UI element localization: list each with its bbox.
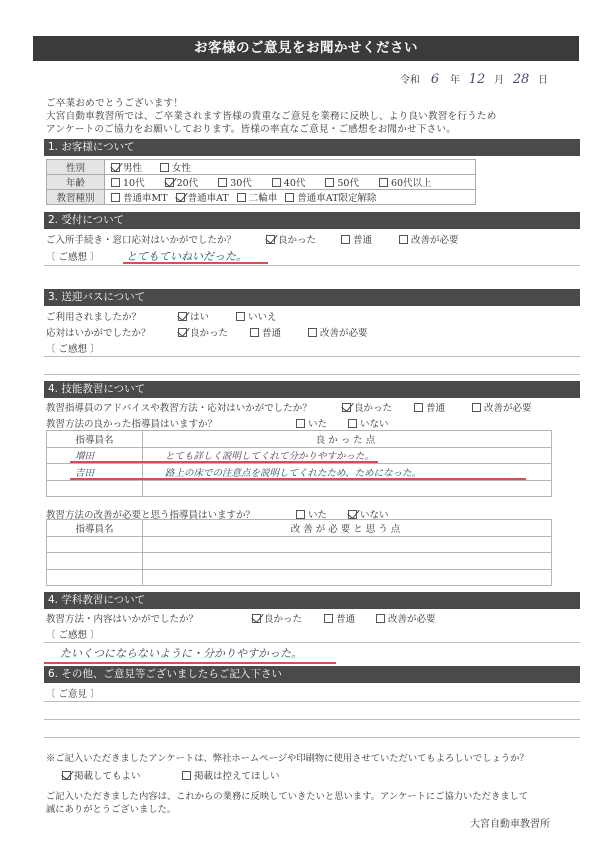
good-instructor-no-option[interactable]: いない <box>348 416 389 430</box>
improve-points-cell[interactable] <box>143 553 552 570</box>
checkbox-icon[interactable] <box>296 419 305 428</box>
date-year-field[interactable]: 6 <box>428 72 442 87</box>
checkbox-icon[interactable] <box>341 235 350 244</box>
bus-service-row: 応対はいかがでしたか？ 良かった 普通 改善が必要 <box>46 325 368 339</box>
checkbox-checked-icon[interactable] <box>266 235 275 244</box>
age-30s-option[interactable]: 30代 <box>218 175 252 189</box>
section-1-header: 1. お客様について <box>44 139 580 156</box>
customer-profile-table: 性別 男性 女性 年齢 10代 20代 30代 40代 50代 60代以上 教習… <box>46 159 476 205</box>
closing-text: ご記入いただきました内容は、これからの業務に反映していきたいと思います。アンケー… <box>46 790 586 816</box>
instructor-good-option[interactable]: 良かった <box>342 400 414 414</box>
option-label: 女性 <box>172 160 191 174</box>
instructor-name-cell[interactable] <box>47 480 143 497</box>
bus-comment-row: 〔 ご感想 〕 <box>46 341 100 355</box>
bus-no-option[interactable]: いいえ <box>236 309 277 323</box>
divider <box>44 265 580 266</box>
column-header-instructor: 指導員名 <box>47 431 143 448</box>
option-label: 10代 <box>123 175 145 189</box>
checkbox-icon[interactable] <box>472 403 481 412</box>
checkbox-checked-icon[interactable] <box>178 328 187 337</box>
reception-good-option[interactable]: 良かった <box>266 232 341 246</box>
option-label: 50代 <box>337 175 359 189</box>
good-points-cell[interactable] <box>143 480 552 497</box>
column-header-improve-points: 改善が必要と思う点 <box>143 520 552 537</box>
checkbox-checked-icon[interactable] <box>176 193 185 202</box>
checkbox-icon[interactable] <box>348 419 357 428</box>
reception-improve-option[interactable]: 改善が必要 <box>399 232 459 246</box>
checkbox-icon[interactable] <box>272 178 281 187</box>
table-row <box>47 480 552 497</box>
consent-options-row: 掲載してもよい 掲載は控えてほしい <box>62 768 280 782</box>
age-60s-plus-option[interactable]: 60代以上 <box>379 175 432 189</box>
date-month-field[interactable]: 12 <box>468 72 486 87</box>
improve-instructor-table: 指導員名 改善が必要と思う点 <box>46 519 552 586</box>
option-label: 普通車AT限定解除 <box>297 190 376 204</box>
comment-line[interactable] <box>44 374 580 375</box>
consent-question: ※ご記入いただきましたアンケートは、弊社ホームページや印刷物に使用させていただい… <box>46 752 586 765</box>
gender-female-option[interactable]: 女性 <box>160 160 191 174</box>
section-academic-header: 4. 学科教習について <box>44 592 580 609</box>
checkbox-icon[interactable] <box>236 312 245 321</box>
reception-normal-option[interactable]: 普通 <box>341 232 399 246</box>
option-label: 普通 <box>262 325 281 339</box>
date-month-label: 月 <box>494 71 504 86</box>
checkbox-icon[interactable] <box>379 178 388 187</box>
table-header-row: 指導員名 良かった点 <box>47 431 552 448</box>
table-header-row: 指導員名 改善が必要と思う点 <box>47 520 552 537</box>
comment-line[interactable] <box>44 701 580 702</box>
comment-line[interactable] <box>44 737 580 738</box>
date-day-field[interactable]: 28 <box>512 72 530 87</box>
question-text: 教習指導員のアドバイスや教習方法・応対はいかがでしたか？ <box>46 400 342 414</box>
age-10s-option[interactable]: 10代 <box>111 175 145 189</box>
academic-comment-row: 〔 ご感想 〕 <box>46 627 100 641</box>
comment-underline <box>70 478 526 480</box>
checkbox-icon[interactable] <box>250 328 259 337</box>
comment-label: 〔 ご意見 〕 <box>46 686 100 700</box>
option-label: 男性 <box>123 160 142 174</box>
table-row <box>47 569 552 586</box>
profile-row-course: 教習種別 普通車MT 普通車AT 二輪車 普通車AT限定解除 <box>47 190 476 205</box>
option-label: 40代 <box>284 175 306 189</box>
instructor-name-cell[interactable] <box>47 553 143 570</box>
bus-usage-row: ご利用されましたか？ はい いいえ <box>46 309 277 323</box>
course-mt-option[interactable]: 普通車MT <box>111 190 168 204</box>
checkbox-checked-icon[interactable] <box>178 312 187 321</box>
comment-label: 〔 ご感想 〕 <box>46 627 100 641</box>
course-at-removal-option[interactable]: 普通車AT限定解除 <box>285 190 376 204</box>
checkbox-icon[interactable] <box>160 163 169 172</box>
intro-text: ご卒業おめでとうございます！ 大宮自動車教習所では、ご卒業されます皆様の貴重なご… <box>46 97 576 136</box>
checkbox-icon[interactable] <box>237 193 246 202</box>
gender-male-option[interactable]: 男性 <box>111 160 142 174</box>
school-signature: 大宮自動車教習所 <box>470 818 550 831</box>
option-label: 改善が必要 <box>411 232 459 246</box>
good-instructor-row: 教習方法の良かった指導員はいますか？ いた いない <box>46 416 389 430</box>
comment-underline <box>44 662 336 664</box>
date-row: 令和 6 年 12 月 28 日 <box>400 71 570 87</box>
date-era: 令和 <box>400 71 420 86</box>
checkbox-icon[interactable] <box>111 193 120 202</box>
option-label: 良かった <box>278 232 316 246</box>
course-label: 教習種別 <box>47 190 105 205</box>
option-label: 良かった <box>190 325 228 339</box>
checkbox-icon[interactable] <box>325 178 334 187</box>
checkbox-checked-icon[interactable] <box>62 771 71 780</box>
other-comment-row: 〔 ご意見 〕 <box>46 686 100 700</box>
option-label: 良かった <box>264 611 302 625</box>
course-at-option[interactable]: 普通車AT <box>176 190 229 204</box>
table-row <box>47 553 552 570</box>
option-label: 掲載は控えてほしい <box>194 768 280 782</box>
checkbox-checked-icon[interactable] <box>111 163 120 172</box>
date-year-label: 年 <box>450 71 460 86</box>
option-label: 60代以上 <box>391 175 432 189</box>
closing-line: ご記入いただきました内容は、これからの業務に反映していきたいと思います。アンケー… <box>46 790 586 803</box>
consent-allow-option[interactable]: 掲載してもよい <box>62 768 182 782</box>
profile-row-age: 年齢 10代 20代 30代 40代 50代 60代以上 <box>47 175 476 190</box>
option-label: 普通 <box>336 611 355 625</box>
date-day-label: 日 <box>538 71 548 86</box>
option-label: 普通 <box>426 400 445 414</box>
academic-normal-option[interactable]: 普通 <box>324 611 376 625</box>
section-4-header: 4. 技能教習について <box>44 381 580 398</box>
comment-line[interactable] <box>44 356 580 357</box>
checkbox-checked-icon[interactable] <box>252 614 261 623</box>
checkbox-icon[interactable] <box>296 510 305 519</box>
comment-label: 〔 ご感想 〕 <box>46 341 100 355</box>
checkbox-checked-icon[interactable] <box>342 403 351 412</box>
good-instructor-table: 指導員名 良かった点 増田 とても詳しく説明してくれて分かりやすかった。 吉田 … <box>46 430 552 497</box>
academic-question-row: 教習方法・内容はいかがでしたか？ 良かった 普通 改善が必要 <box>46 611 436 625</box>
section-2-header: 2. 受付について <box>44 212 580 229</box>
question-text: 教習方法・内容はいかがでしたか？ <box>46 611 252 625</box>
instructor-name-cell[interactable] <box>47 536 143 553</box>
option-label: 改善が必要 <box>320 325 368 339</box>
checkbox-icon[interactable] <box>182 771 191 780</box>
checkbox-icon[interactable] <box>285 193 294 202</box>
option-label: 20代 <box>177 175 199 189</box>
option-label: 改善が必要 <box>484 400 532 414</box>
intro-line: ご卒業おめでとうございます！ <box>46 97 576 110</box>
instructor-normal-option[interactable]: 普通 <box>414 400 472 414</box>
option-label: 普通車MT <box>123 190 168 204</box>
question-text: 教習方法の良かった指導員はいますか？ <box>46 416 296 430</box>
option-label: 改善が必要 <box>388 611 436 625</box>
comment-line <box>44 642 580 643</box>
option-label: 二輪車 <box>249 190 278 204</box>
bus-good-option[interactable]: 良かった <box>178 325 250 339</box>
checkbox-icon[interactable] <box>218 178 227 187</box>
bus-normal-option[interactable]: 普通 <box>250 325 308 339</box>
consent-decline-option[interactable]: 掲載は控えてほしい <box>182 768 280 782</box>
option-label: いた <box>308 416 327 430</box>
gender-label: 性別 <box>47 160 105 175</box>
comment-label: 〔 ご感想 〕 <box>46 249 126 263</box>
academic-comment-field[interactable]: たいくつにならないように・分かりやすかった。 <box>60 645 302 661</box>
academic-improve-option[interactable]: 改善が必要 <box>376 611 436 625</box>
checkbox-icon[interactable] <box>376 614 385 623</box>
section-3-header: 3. 送迎バスについて <box>44 289 580 306</box>
course-motorcycle-option[interactable]: 二輪車 <box>237 190 278 204</box>
question-text: ご利用されましたか？ <box>46 309 178 323</box>
academic-good-option[interactable]: 良かった <box>252 611 324 625</box>
closing-line: 誠にありがとうございました。 <box>46 803 586 816</box>
good-instructor-yes-option[interactable]: いた <box>296 416 348 430</box>
option-label: 普通車AT <box>188 190 229 204</box>
option-label: 良かった <box>354 400 392 414</box>
age-40s-option[interactable]: 40代 <box>272 175 306 189</box>
option-label: 普通 <box>353 232 372 246</box>
checkbox-icon[interactable] <box>414 403 423 412</box>
age-label: 年齢 <box>47 175 105 190</box>
comment-underline <box>123 262 268 264</box>
age-20s-option[interactable]: 20代 <box>165 175 199 189</box>
table-row <box>47 536 552 553</box>
comment-line[interactable] <box>44 719 580 720</box>
intro-line: アンケートのご協力をお願いしております。皆様の率直なご意見・ご感想をお聞かせ下さ… <box>46 123 576 136</box>
column-header-good-points: 良かった点 <box>143 431 552 448</box>
intro-line: 大宮自動車教習所では、ご卒業されます皆様の貴重なご意見を業務に反映し、より良い教… <box>46 110 576 123</box>
checkbox-icon[interactable] <box>399 235 408 244</box>
reception-question-row: ご入所手続き・窓口応対はいかがでしたか？ 良かった 普通 改善が必要 <box>46 232 459 246</box>
section-6-header: 6. その他、ご意見等ございましたらご記入下さい <box>44 666 580 683</box>
instructor-improve-option[interactable]: 改善が必要 <box>472 400 532 414</box>
question-text: ご入所手続き・窓口応対はいかがでしたか？ <box>46 232 266 246</box>
column-header-instructor: 指導員名 <box>47 520 143 537</box>
improve-points-cell[interactable] <box>143 569 552 586</box>
form-title: お客様のご意見をお聞かせください <box>33 36 579 61</box>
option-label: いない <box>360 416 389 430</box>
question-text: 応対はいかがでしたか？ <box>46 325 178 339</box>
comment-underline <box>70 461 378 463</box>
bus-yes-option[interactable]: はい <box>178 309 236 323</box>
checkbox-icon[interactable] <box>324 614 333 623</box>
checkbox-icon[interactable] <box>111 178 120 187</box>
age-50s-option[interactable]: 50代 <box>325 175 359 189</box>
bus-improve-option[interactable]: 改善が必要 <box>308 325 368 339</box>
option-label: はい <box>190 309 209 323</box>
instructor-rating-row: 教習指導員のアドバイスや教習方法・応対はいかがでしたか？ 良かった 普通 改善が… <box>46 400 532 414</box>
instructor-name-cell[interactable] <box>47 569 143 586</box>
checkbox-icon[interactable] <box>308 328 317 337</box>
profile-row-gender: 性別 男性 女性 <box>47 160 476 175</box>
checkbox-checked-icon[interactable] <box>165 178 174 187</box>
option-label: 掲載してもよい <box>74 768 141 782</box>
checkbox-checked-icon[interactable] <box>348 510 357 519</box>
option-label: いいえ <box>248 309 277 323</box>
option-label: 30代 <box>230 175 252 189</box>
improve-points-cell[interactable] <box>143 536 552 553</box>
